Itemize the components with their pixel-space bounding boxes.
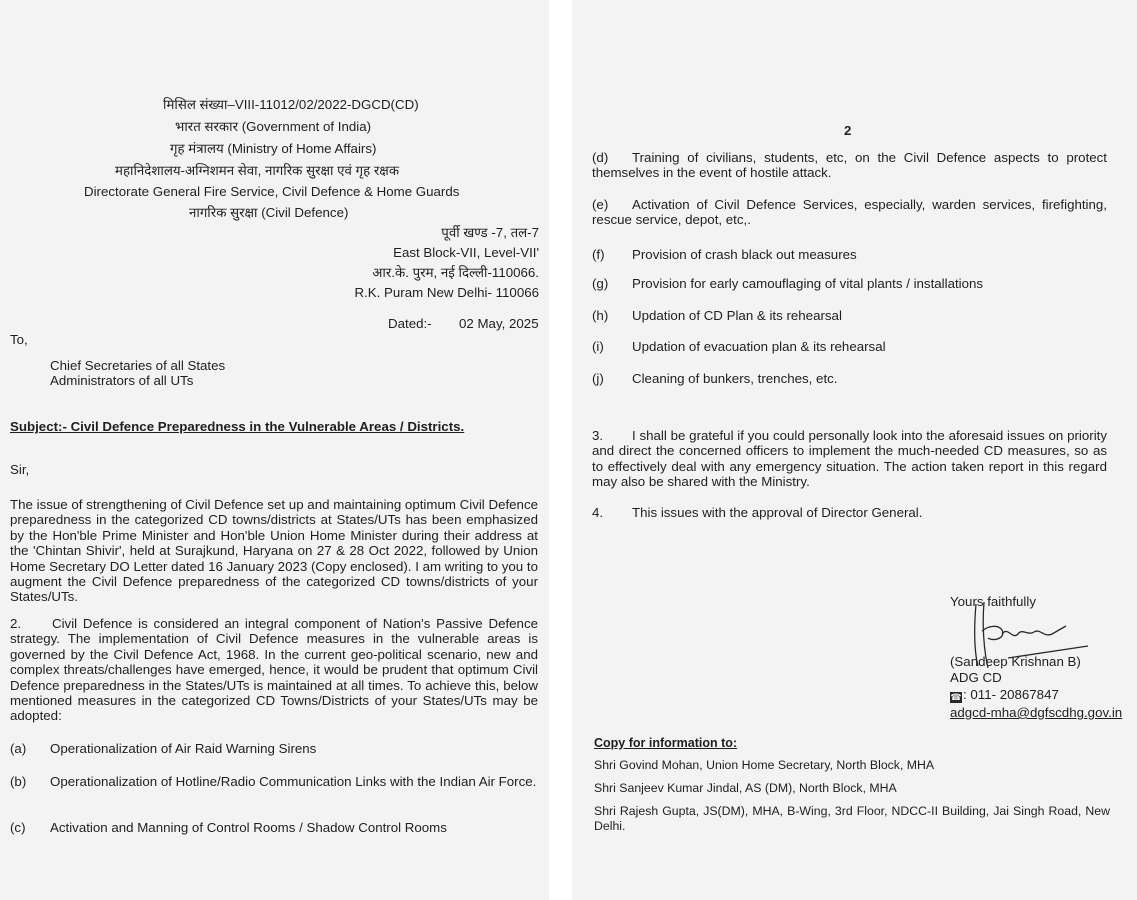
division-heading: नागरिक सुरक्षा (Civil Defence) xyxy=(189,205,348,220)
telephone-icon: ☎ xyxy=(950,692,962,703)
paragraph-4-text: This issues with the approval of Directo… xyxy=(632,505,922,520)
recipient-1: Chief Secretaries of all States xyxy=(50,358,225,373)
measure-item: (h)Updation of CD Plan & its rehearsal xyxy=(592,308,842,323)
address-line-1: पूर्वी खण्ड -7, तल-7 xyxy=(441,225,539,240)
measure-label: (e) xyxy=(592,197,632,212)
page-number: 2 xyxy=(844,123,851,138)
paragraph-2-number: 2. xyxy=(10,616,52,631)
paragraph-1: The issue of strengthening of Civil Defe… xyxy=(10,497,538,605)
measure-text: Activation and Manning of Control Rooms … xyxy=(50,820,447,835)
salutation: Sir, xyxy=(10,462,29,477)
measure-label: (h) xyxy=(592,308,632,323)
measure-label: (f) xyxy=(592,247,632,262)
measure-text: Provision for early camouflaging of vita… xyxy=(632,276,983,291)
measure-label: (j) xyxy=(592,371,632,386)
dated-label: Dated:- xyxy=(388,316,432,331)
measure-text: Operationalization of Hotline/Radio Comm… xyxy=(50,774,536,789)
dated-value: 02 May, 2025 xyxy=(459,316,539,331)
measure-label: (i) xyxy=(592,339,632,354)
copy-heading: Copy for information to: xyxy=(594,736,737,751)
paragraph-3: 3.I shall be grateful if you could perso… xyxy=(592,428,1107,490)
signatory-name: (Sandeep Krishnan B) xyxy=(950,654,1081,669)
measure-item: (j)Cleaning of bunkers, trenches, etc. xyxy=(592,371,837,386)
copy-recipient: Shri Sanjeev Kumar Jindal, AS (DM), Nort… xyxy=(594,781,897,796)
measure-text: Updation of evacuation plan & its rehear… xyxy=(632,339,886,354)
measure-text: Training of civilians, students, etc, on… xyxy=(592,150,1107,180)
govt-heading: भारत सरकार (Government of India) xyxy=(175,119,371,134)
measure-label: (c) xyxy=(10,820,50,835)
measure-item: (f)Provision of crash black out measures xyxy=(592,247,857,262)
address-line-3: आर.के. पुरम, नई दिल्ली-110066. xyxy=(372,265,539,280)
measure-item: (i)Updation of evacuation plan & its reh… xyxy=(592,339,886,354)
measure-text: Activation of Civil Defence Services, es… xyxy=(592,197,1107,227)
measure-item: (a)Operationalization of Air Raid Warnin… xyxy=(10,741,316,756)
paragraph-4: 4.This issues with the approval of Direc… xyxy=(592,505,922,520)
measure-label: (d) xyxy=(592,150,632,165)
paragraph-2: 2.Civil Defence is considered an integra… xyxy=(10,616,538,724)
measure-item: (c)Activation and Manning of Control Roo… xyxy=(10,820,447,835)
measure-item: (b)Operationalization of Hotline/Radio C… xyxy=(10,774,538,789)
signatory-designation: ADG CD xyxy=(950,670,1002,685)
measure-label: (b) xyxy=(10,774,50,789)
directorate-hindi: महानिदेशालय-अग्निशमन सेवा, नागरिक सुरक्ष… xyxy=(115,163,399,178)
letter-page-2: 2 (d)Training of civilians, students, et… xyxy=(572,0,1137,900)
recipient-2: Administrators of all UTs xyxy=(50,373,193,388)
measure-text: Cleaning of bunkers, trenches, etc. xyxy=(632,371,837,386)
paragraph-3-number: 3. xyxy=(592,428,632,443)
measure-label: (a) xyxy=(10,741,50,756)
subject-line: Subject:- Civil Defence Preparedness in … xyxy=(10,419,464,434)
to-label: To, xyxy=(10,332,28,347)
measure-item: (g)Provision for early camouflaging of v… xyxy=(592,276,983,291)
directorate-english: Directorate General Fire Service, Civil … xyxy=(84,184,459,199)
measure-text: Provision of crash black out measures xyxy=(632,247,857,262)
measure-text: Updation of CD Plan & its rehearsal xyxy=(632,308,842,323)
copy-recipient: Shri Govind Mohan, Union Home Secretary,… xyxy=(594,758,934,773)
signatory-phone: ☎: 011- 20867847 xyxy=(950,687,1059,703)
address-line-4: R.K. Puram New Delhi- 110066 xyxy=(354,285,539,300)
phone-number: : 011- 20867847 xyxy=(963,687,1059,702)
signatory-email[interactable]: adgcd-mha@dgfscdhg.gov.in xyxy=(950,705,1122,720)
paragraph-3-text: I shall be grateful if you could persona… xyxy=(592,428,1107,489)
copy-recipient: Shri Rajesh Gupta, JS(DM), MHA, B-Wing, … xyxy=(594,804,1110,835)
measure-item: (e)Activation of Civil Defence Services,… xyxy=(592,197,1107,228)
paragraph-2-text: Civil Defence is considered an integral … xyxy=(10,616,538,723)
letter-page-1: मिसिल संख्या–VIII-11012/02/2022-DGCD(CD)… xyxy=(0,0,549,900)
measure-item: (d)Training of civilians, students, etc,… xyxy=(592,150,1107,181)
measure-text: Operationalization of Air Raid Warning S… xyxy=(50,741,316,756)
address-line-2: East Block-VII, Level-VII' xyxy=(393,245,539,260)
measure-label: (g) xyxy=(592,276,632,291)
file-number: मिसिल संख्या–VIII-11012/02/2022-DGCD(CD) xyxy=(163,97,419,112)
ministry-heading: गृह मंत्रालय (Ministry of Home Affairs) xyxy=(170,141,376,156)
paragraph-4-number: 4. xyxy=(592,505,632,520)
